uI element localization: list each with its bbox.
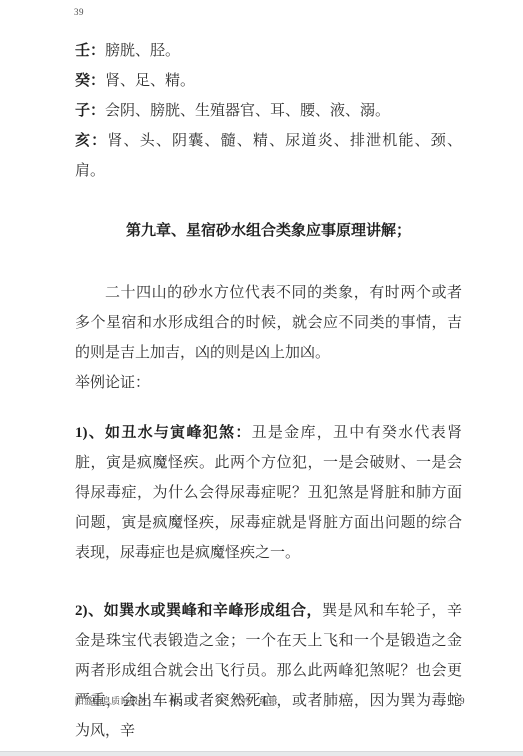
examples-label: 举例论证： [75, 368, 462, 398]
example-heading: 2)、如巽水或巽峰和辛峰形成组合， [75, 603, 322, 619]
stem-line-zi: 子：会阴、膀胱、生殖器官、耳、腰、液、溺。 [75, 96, 462, 126]
chapter-title: 第九章、星宿砂水组合类象应事原理讲解； [75, 216, 462, 246]
stem-text: 膀胱、胫。 [105, 43, 180, 59]
stem-text: 会阴、膀胱、生殖器官、耳、腰、液、溺。 [105, 103, 390, 119]
stem-label: 亥： [75, 133, 107, 149]
footer-page-number: 39 [455, 696, 465, 706]
stem-label: 壬： [75, 43, 105, 59]
intro-paragraph: 二十四山的砂水方位代表不同的类象，有时两个或者多个星宿和水形成组合的时候，就会应… [75, 278, 462, 368]
example-paragraph-1: 1)、如丑水与寅峰犯煞：丑是金库，丑中有癸水代表肾脏，寅是疯魔怪疾。此两个方位犯… [75, 418, 462, 568]
example-paragraph-2: 2)、如巽水或巽峰和辛峰形成组合，巽是风和车轮子，辛金是珠宝代表锻造之金；一个在… [75, 596, 462, 746]
header-page-number: 39 [74, 7, 84, 17]
page-footer: 阳盛信息质询服务： 姓：丁 名：代竹 编辑 39 [75, 694, 465, 707]
viewer-bottom-edge [0, 751, 523, 756]
page-content: 壬：膀胱、胫。 癸：肾、足、精。 子：会阴、膀胱、生殖器官、耳、腰、液、溺。 亥… [75, 36, 462, 746]
stem-text: 肾、头、阴囊、髓、精、尿道炎、排泄机能、颈、肩。 [75, 133, 462, 179]
stem-label: 癸： [75, 73, 105, 89]
stem-line-hai: 亥：肾、头、阴囊、髓、精、尿道炎、排泄机能、颈、肩。 [75, 126, 462, 186]
example-body: 巽是风和车轮子，辛金是珠宝代表锻造之金；一个在天上飞和一个是锻造之金两者形成组合… [75, 603, 462, 739]
stem-line-gui: 癸：肾、足、精。 [75, 66, 462, 96]
example-body: 丑是金库，丑中有癸水代表肾脏，寅是疯魔怪疾。此两个方位犯，一是会破财、一是会得尿… [75, 425, 462, 561]
stem-line-ren: 壬：膀胱、胫。 [75, 36, 462, 66]
document-page: 39 壬：膀胱、胫。 癸：肾、足、精。 子：会阴、膀胱、生殖器官、耳、腰、液、溺… [0, 0, 523, 756]
stem-text: 肾、足、精。 [105, 73, 195, 89]
example-heading: 1)、如丑水与寅峰犯煞： [75, 425, 252, 441]
stem-label: 子： [75, 103, 105, 119]
footer-publisher: 阳盛信息质询服务： 姓：丁 名：代竹 编辑 [75, 694, 278, 707]
